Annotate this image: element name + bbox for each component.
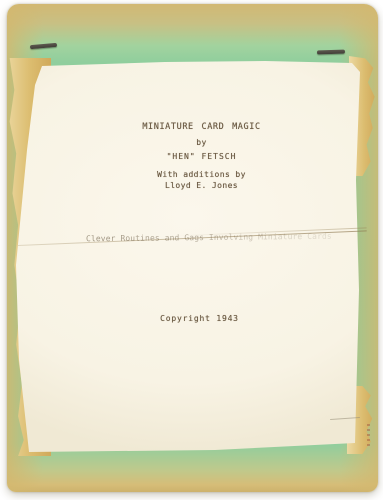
title-page bbox=[15, 60, 361, 454]
edge-pencil-marks bbox=[367, 424, 370, 448]
book-title: MINIATURE CARD MAGIC bbox=[20, 122, 383, 132]
author-name: "HEN" FETSCH bbox=[20, 152, 383, 161]
copyright-notice: Copyright 1943 bbox=[16, 314, 383, 323]
additions-note-line2: Lloyd E. Jones bbox=[20, 181, 383, 190]
additions-note-line1: With additions by bbox=[20, 170, 383, 179]
manuscript-photo: MINIATURE CARD MAGIC by "HEN" FETSCH Wit… bbox=[0, 0, 383, 500]
byline: by bbox=[20, 138, 383, 147]
